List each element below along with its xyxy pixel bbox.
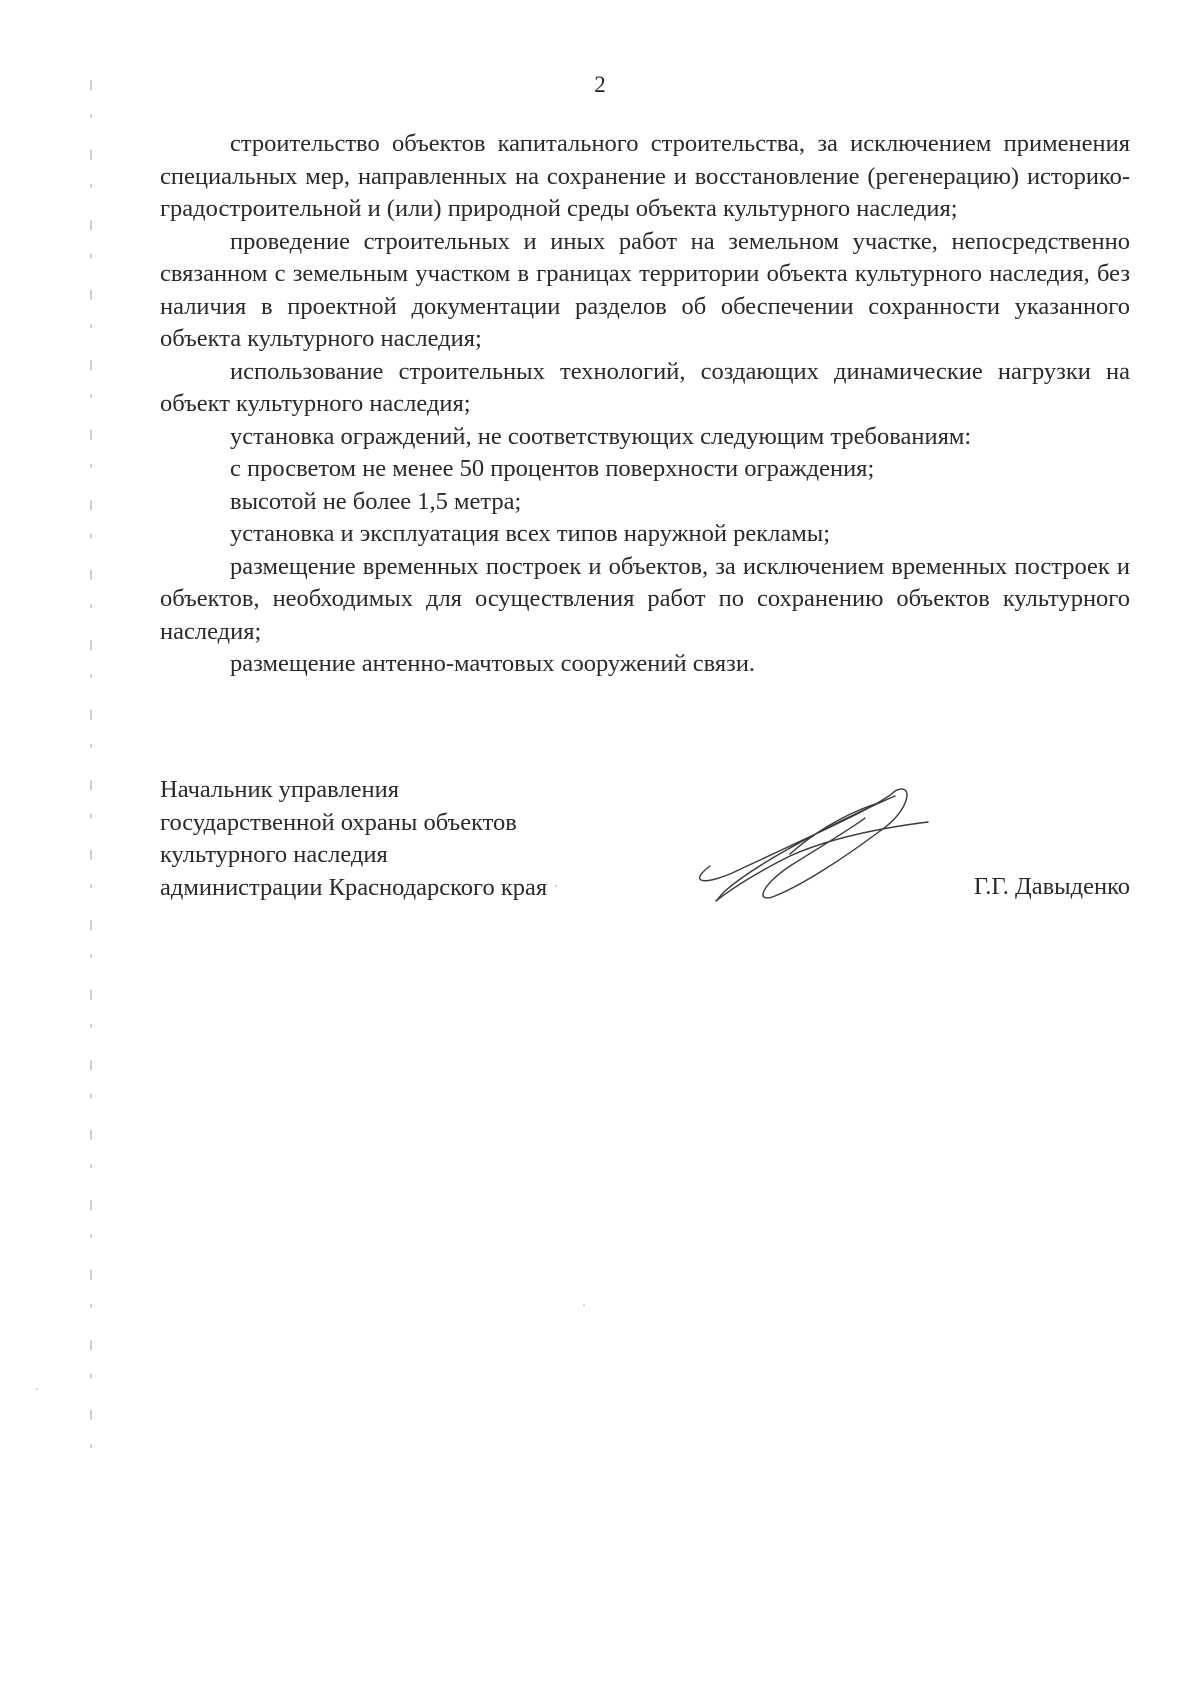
signatory-title-line: администрации Краснодарского края xyxy=(160,872,547,905)
signatory-title-line: культурного наследия xyxy=(160,839,547,872)
document-body: строительство объектов капитального стро… xyxy=(160,128,1130,681)
paragraph-capital-construction: строительство объектов капитального стро… xyxy=(160,128,1130,226)
paragraph-dynamic-loads: использование строительных технологий, с… xyxy=(160,356,1130,421)
paragraph-construction-works: проведение строительных и иных работ на … xyxy=(160,226,1130,356)
signatory-name: Г.Г. Давыденко xyxy=(974,871,1130,904)
scan-margin-marks xyxy=(90,80,92,1450)
page-number: 2 xyxy=(0,72,1200,98)
paragraph-fence-requirements: установка ограждений, не соответствующих… xyxy=(160,421,1130,454)
signatory-title-line: государственной охраны объектов xyxy=(160,807,547,840)
scan-speck xyxy=(583,1304,585,1306)
paragraph-fence-clearance: с просветом не менее 50 процентов поверх… xyxy=(160,453,1130,486)
signatory-title: Начальник управления государственной охр… xyxy=(160,774,547,904)
paragraph-outdoor-advertising: установка и эксплуатация всех типов нару… xyxy=(160,518,1130,551)
handwritten-signature-icon xyxy=(680,786,950,916)
paragraph-temporary-structures: размещение временных построек и объектов… xyxy=(160,551,1130,649)
signature-block: Начальник управления государственной охр… xyxy=(160,774,1130,924)
paragraph-fence-height: высотой не более 1,5 метра; xyxy=(160,486,1130,519)
scan-speck xyxy=(36,1388,38,1390)
paragraph-antenna-structures: размещение антенно-мачтовых сооружений с… xyxy=(160,648,1130,681)
signatory-title-line: Начальник управления xyxy=(160,774,547,807)
